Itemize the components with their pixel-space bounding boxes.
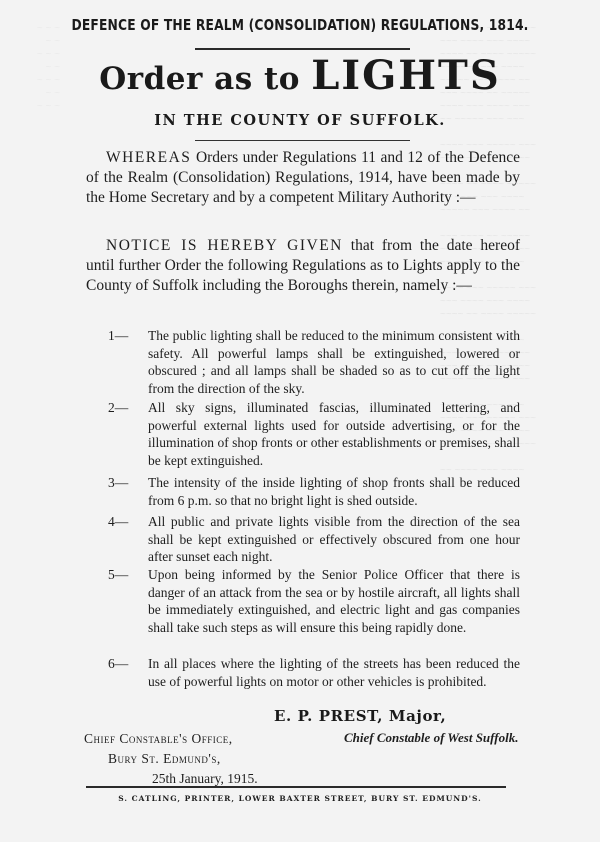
regulation-item: 5—Upon being informed by the Senior Poli… <box>108 566 520 636</box>
regulation-item: 2—All sky signs, illuminated fascias, il… <box>108 399 520 469</box>
regulation-item: 1—The public lighting shall be reduced t… <box>108 327 520 397</box>
office-line-1: Chief Constable's Office, <box>84 729 258 749</box>
regulation-text: The public lighting shall be reduced to … <box>148 328 520 396</box>
header-rule <box>195 48 410 50</box>
office-address: Chief Constable's Office, Bury St. Edmun… <box>84 729 258 789</box>
signature-name: E. P. PREST, Major, <box>274 707 446 725</box>
whereas-lead: WHEREAS <box>106 149 191 166</box>
regulation-item: 4—All public and private lights visible … <box>108 513 520 566</box>
poster-page: ~ ~ ~~ ~~ ~ ~~ ~~ ~ ~~ ~~ ~ ~ ~~~~ ~~~ ~… <box>0 0 600 842</box>
regulation-number: 1— <box>108 327 148 345</box>
regulation-number: 5— <box>108 566 148 584</box>
regulation-number: 6— <box>108 655 148 673</box>
regulation-text: In all places where the lighting of the … <box>148 656 520 689</box>
footer-rule <box>86 786 506 788</box>
notice-lead: NOTICE IS HEREBY GIVEN <box>106 237 343 254</box>
regulation-text: Upon being informed by the Senior Police… <box>148 567 520 635</box>
page-title: Order as to LIGHTS <box>0 52 600 99</box>
regulation-number: 4— <box>108 513 148 531</box>
regulation-number: 3— <box>108 474 148 492</box>
regulation-number: 2— <box>108 399 148 417</box>
regulation-text: All sky signs, illuminated fascias, illu… <box>148 400 520 468</box>
title-emphasis: LIGHTS <box>311 52 500 99</box>
subtitle-rule <box>195 140 410 141</box>
subtitle: IN THE COUNTY OF SUFFOLK. <box>0 112 600 129</box>
signature-title: Chief Constable of West Suffolk. <box>344 730 518 746</box>
regulation-item: 3—The intensity of the inside lighting o… <box>108 474 520 509</box>
whereas-paragraph: WHEREAS Orders under Regulations 11 and … <box>86 148 520 208</box>
regulation-header: DEFENCE OF THE REALM (CONSOLIDATION) REG… <box>54 16 546 34</box>
regulation-text: The intensity of the inside lighting of … <box>148 475 520 508</box>
printer-imprint: S. CATLING, PRINTER, LOWER BAXTER STREET… <box>0 794 600 803</box>
notice-paragraph: NOTICE IS HEREBY GIVEN that from the dat… <box>86 236 520 296</box>
office-line-2: Bury St. Edmund's, <box>84 749 258 769</box>
regulation-item: 6—In all places where the lighting of th… <box>108 655 520 690</box>
bleed-through-left: ~ ~ ~~ ~~ ~ ~~ ~~ ~ ~~ ~~ ~ ~ <box>0 22 60 782</box>
regulation-text: All public and private lights visible fr… <box>148 514 520 564</box>
title-prefix: Order as to <box>99 61 311 97</box>
